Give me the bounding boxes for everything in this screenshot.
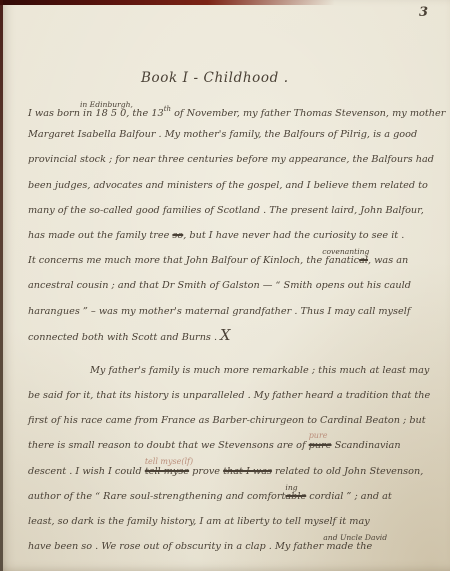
handwritten-text: X (220, 328, 230, 344)
manuscript-line: many of the so-called good families of S… (28, 198, 446, 223)
manuscript-line: ancestral cousin ; and that Dr Smith of … (28, 273, 446, 298)
handwritten-text: in 18 5 0, the 13 (80, 108, 164, 119)
manuscript-line: Margaret Isabella Balfour . My mother's … (28, 122, 446, 147)
page-title: Book I - Childhood . (141, 70, 289, 86)
book-binding-left-edge (0, 0, 3, 571)
handwritten-text: provincial stock ; for near three centur… (28, 154, 434, 165)
handwritten-text: Scandinavian (332, 440, 401, 451)
struck-out-text: so (172, 230, 183, 241)
handwritten-text: th (164, 105, 171, 113)
manuscript-line: first of his race came from France as Ba… (28, 408, 446, 433)
manuscript-line: harangues ” – was my mother's maternal g… (28, 299, 446, 324)
handwritten-text: of November, my father Thomas Stevenson,… (171, 108, 445, 119)
handwritten-text: descent . I wish I could (28, 466, 145, 477)
handwritten-text: related to old John Stevenson, (272, 466, 423, 477)
manuscript-line: be said for it, that its history is unpa… (28, 383, 446, 408)
manuscript-line: there is small reason to doubt that we S… (28, 433, 446, 458)
manuscript-text: I was bornin Edinburgh, in 18 5 0, the 1… (28, 97, 446, 559)
manuscript-line: provincial stock ; for near three centur… (28, 147, 446, 172)
handwritten-text: It concerns me much more that John Balfo… (28, 255, 322, 266)
manuscript-line: It concerns me much more that John Balfo… (28, 248, 446, 273)
handwritten-text: has made out the family tree (28, 230, 172, 241)
handwritten-text: , but I have never had the curiosity to … (183, 230, 404, 241)
struck-out-text: that I was (223, 466, 272, 477)
handwritten-text: harangues ” – was my mother's maternal g… (28, 306, 410, 317)
handwritten-text: prove (189, 466, 223, 477)
manuscript-line: has made out the family tree so, but I h… (28, 223, 446, 248)
manuscript-line: author of the “ Rare soul-strengthening … (28, 484, 446, 509)
handwritten-text: fanatic (322, 255, 359, 266)
handwritten-text: have been so . We rose out of obscurity … (28, 541, 323, 552)
struck-out-text: able (285, 491, 306, 502)
handwritten-text: first of his race came from France as Ba… (28, 415, 426, 426)
handwritten-text: cordial ” ; and at (306, 491, 392, 502)
manuscript-line: have been so . We rose out of obscurity … (28, 534, 446, 559)
handwritten-text: Margaret Isabella Balfour . My mother's … (28, 129, 417, 140)
handwritten-text: author of the “ Rare soul-strengthening … (28, 491, 285, 502)
manuscript-line: My father's family is much more remarkab… (28, 358, 446, 383)
handwritten-text: made the (323, 541, 372, 552)
manuscript-page: 3 Book I - Childhood . I was bornin Edin… (0, 0, 450, 571)
manuscript-line: descent . I wish I could tell myse(lf)te… (28, 459, 446, 484)
manuscript-line: I was bornin Edinburgh, in 18 5 0, the 1… (28, 97, 446, 122)
manuscript-line: least, so dark is the family history, I … (28, 509, 446, 534)
handwritten-text: I was born (28, 108, 80, 119)
handwritten-text: be said for it, that its history is unpa… (28, 390, 430, 401)
handwritten-text: ancestral cousin ; and that Dr Smith of … (28, 280, 411, 291)
struck-out-text: pure (309, 440, 332, 451)
struck-out-text: al (359, 255, 368, 266)
handwritten-text: there is small reason to doubt that we S… (28, 440, 309, 451)
handwritten-text: , was an (368, 255, 408, 266)
handwritten-text: been judges, advocates and ministers of … (28, 180, 428, 191)
handwritten-text: least, so dark is the family history, I … (28, 516, 370, 527)
manuscript-line: been judges, advocates and ministers of … (28, 173, 446, 198)
page-number: 3 (419, 5, 428, 20)
manuscript-line: connected both with Scott and Burns . X (28, 324, 446, 349)
handwritten-text: many of the so-called good families of S… (28, 205, 424, 216)
book-binding-top-edge (0, 0, 335, 5)
struck-out-text: tell myse (145, 466, 189, 477)
handwritten-text: connected both with Scott and Burns . (28, 332, 220, 343)
handwritten-text: My father's family is much more remarkab… (90, 365, 429, 376)
